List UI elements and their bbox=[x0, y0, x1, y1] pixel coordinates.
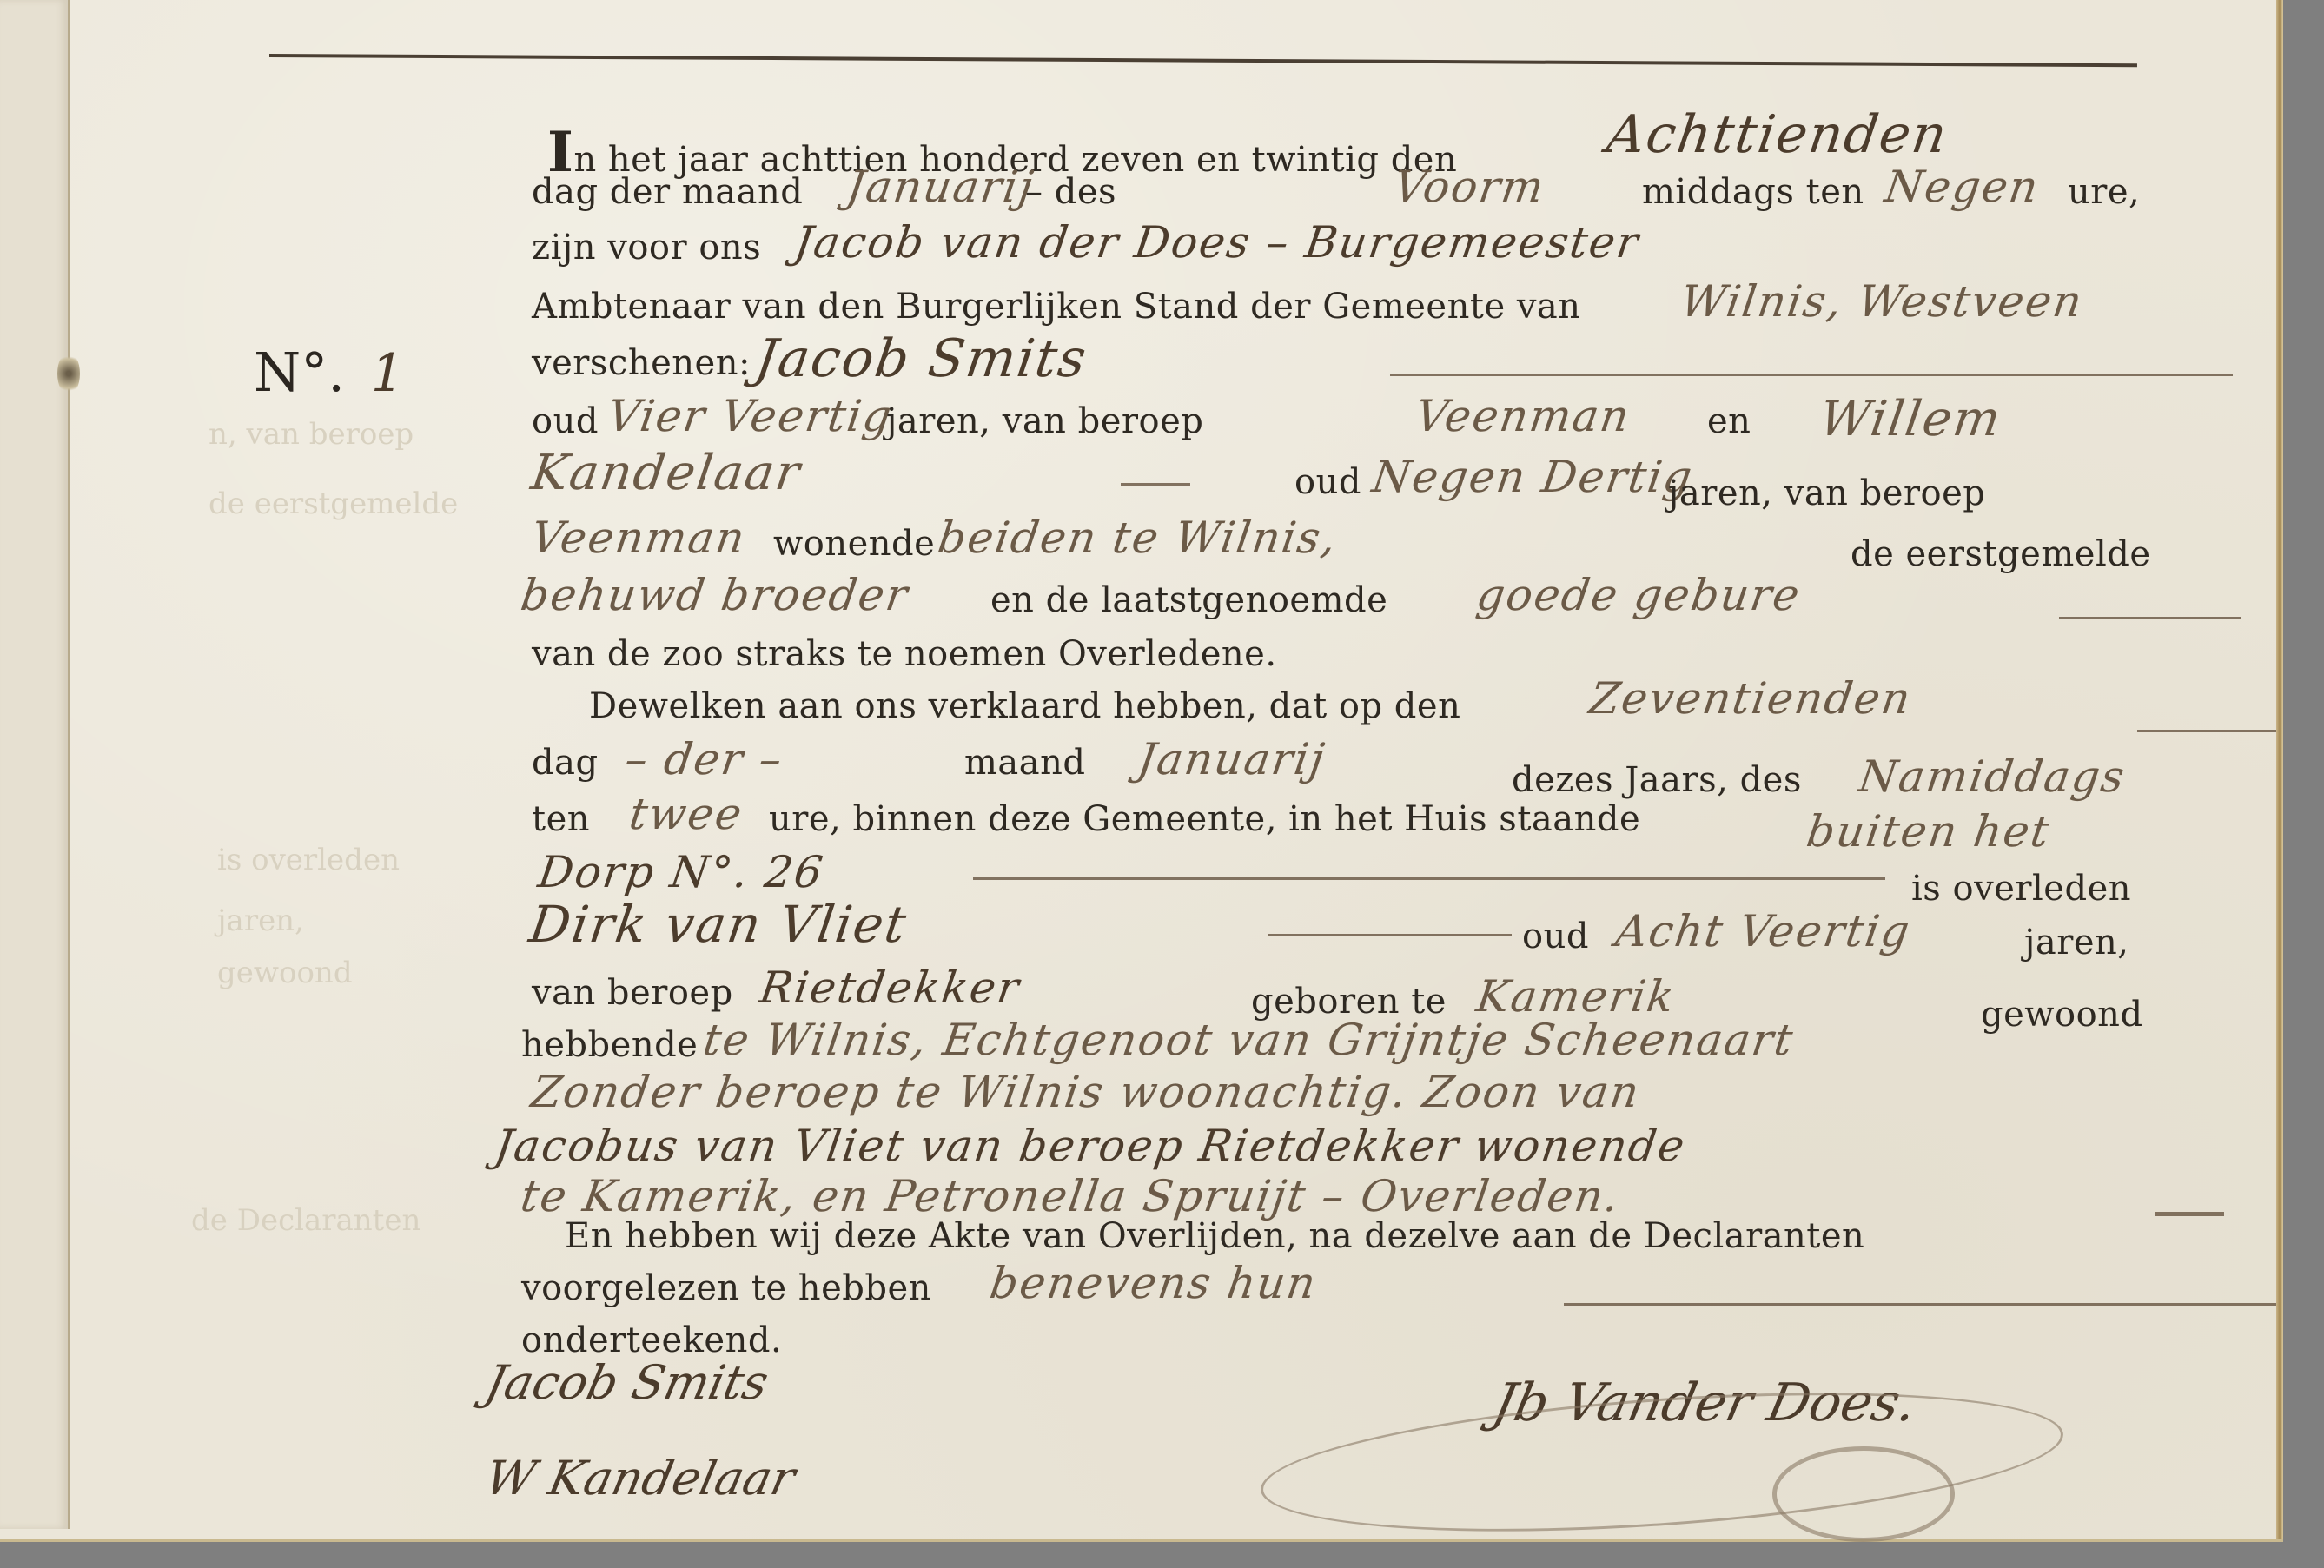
relation-2-hand: goede gebure bbox=[1473, 570, 1804, 620]
line-7-print-a: oud bbox=[1294, 462, 1361, 502]
spouse-details-hand: Zonder beroep te Wilnis woonachtig. Zoon… bbox=[528, 1067, 1644, 1117]
father-hand: Jacobus van Vliet van beroep Rietdekker … bbox=[492, 1121, 1689, 1171]
fill-line bbox=[1390, 374, 2233, 376]
bleed-through-text: gewoond bbox=[217, 956, 353, 990]
signature-flourish bbox=[1772, 1446, 1955, 1542]
fill-line bbox=[973, 877, 1885, 880]
line-16-print-a: van beroep bbox=[532, 973, 733, 1013]
line-2-print-c: middags ten bbox=[1642, 172, 1864, 212]
fill-line bbox=[2137, 730, 2276, 732]
fill-line bbox=[2059, 617, 2241, 619]
deceased-name-hand: Dirk van Vliet bbox=[526, 895, 911, 954]
certificate-page: n, van beroep de eerstgemelde is overled… bbox=[0, 0, 2283, 1542]
declarant-2-surname-hand: Kandelaar bbox=[527, 445, 804, 501]
line-16-print-c: gewoond bbox=[1981, 995, 2143, 1035]
declarant-1-occupation-hand: Veenman bbox=[1413, 391, 1633, 441]
spouse-hand: te Wilnis, Echtgenoot van Grijntje Schee… bbox=[700, 1015, 1798, 1065]
fill-line bbox=[1121, 483, 1190, 486]
declarant-2-occupation-hand: Veenman bbox=[528, 513, 749, 563]
line-5-print: verschenen: bbox=[532, 343, 751, 383]
line-8-print-b: de eerstgemelde bbox=[1851, 534, 2151, 574]
right-page-edge bbox=[2276, 0, 2283, 1539]
month-hand: Januarij bbox=[844, 162, 1038, 212]
signature-declarant-1: Jacob Smits bbox=[480, 1355, 773, 1410]
bleed-through-text: jaren, bbox=[217, 903, 304, 938]
line-12-print-a: dag bbox=[532, 743, 599, 783]
line-14-print: is overleden bbox=[1911, 869, 2131, 909]
co-signers-hand: benevens hun bbox=[987, 1258, 1321, 1308]
declarant-1-age-hand: Vier Veertig bbox=[605, 391, 896, 441]
line-6-print-a: oud bbox=[532, 401, 599, 441]
line-9-print-a: en de laatstgenoemde bbox=[990, 580, 1387, 620]
fill-line bbox=[1268, 934, 1512, 936]
mother-hand: te Kamerik, en Petronella Spruijt – Over… bbox=[518, 1171, 1624, 1221]
entry-number-value: 1 bbox=[371, 343, 406, 404]
official-name-hand: Jacob van der Does – Burgemeester bbox=[791, 217, 1643, 268]
fill-line bbox=[2155, 1212, 2224, 1216]
line-2-print-a: dag der maand bbox=[532, 172, 803, 212]
municipality-hand: Wilnis, Westveen bbox=[1678, 276, 2087, 327]
bleed-through-text: de Declaranten bbox=[191, 1203, 420, 1238]
top-rule bbox=[269, 54, 2137, 67]
relation-1-hand: behuwd broeder bbox=[518, 570, 912, 620]
date-day-hand: Achttienden bbox=[1603, 104, 1952, 165]
line-7-print-b: jaren, van beroep bbox=[1668, 473, 1985, 513]
bleed-through-text: is overleden bbox=[217, 843, 400, 877]
line-2-print-b: – des bbox=[1025, 172, 1116, 212]
binding-thread bbox=[57, 352, 80, 395]
declarant-1-hand: Jacob Smits bbox=[751, 328, 1091, 389]
line-3-print: zijn voor ons bbox=[532, 228, 761, 268]
deceased-age-hand: Acht Veertig bbox=[1612, 906, 1914, 956]
line-22-print: voorgelezen te hebben bbox=[521, 1268, 931, 1308]
line-12-hand-a: – der – bbox=[622, 734, 786, 784]
line-10-print: van de zoo straks te noemen Overledene. bbox=[532, 634, 1277, 674]
part-of-day-hand: Voorm bbox=[1391, 162, 1548, 212]
line-15-print: oud bbox=[1522, 916, 1589, 956]
hour-hand: Negen bbox=[1882, 162, 2043, 212]
death-part-of-day-hand: Namiddags bbox=[1856, 751, 2129, 802]
line-15-print-b: jaren, bbox=[2024, 923, 2129, 963]
house-location-hand: buiten het bbox=[1804, 806, 2054, 857]
residence-hand: beiden te Wilnis, bbox=[935, 513, 1341, 563]
signature-declarant-2: W Kandelaar bbox=[480, 1451, 799, 1505]
line-6-print-b: jaren, van beroep bbox=[886, 401, 1203, 441]
bleed-through-text: n, van beroep bbox=[209, 417, 414, 452]
deceased-occupation-hand: Rietdekker bbox=[757, 963, 1023, 1013]
left-page-edge bbox=[0, 0, 70, 1529]
line-11-print: Dewelken aan ons verklaard hebben, dat o… bbox=[589, 686, 1460, 726]
line-6-print-c: en bbox=[1707, 401, 1751, 441]
line-12-print-c: dezes Jaars, des bbox=[1512, 760, 1802, 800]
entry-number-label: N°. bbox=[254, 341, 345, 404]
line-12-print-b: maand bbox=[964, 743, 1086, 783]
declarant-2-age-hand: Negen Dertig bbox=[1369, 452, 1697, 502]
declarant-2-firstname-hand: Willem bbox=[1816, 391, 2005, 447]
fill-line bbox=[1564, 1303, 2276, 1306]
line-8-print-a: wonende bbox=[773, 524, 935, 564]
line-4-print: Ambtenaar van den Burgerlijken Stand der… bbox=[532, 287, 1581, 327]
death-day-hand: Zeventienden bbox=[1586, 673, 1915, 724]
death-hour-hand: twee bbox=[626, 789, 746, 839]
entry-number: N°. 1 bbox=[254, 341, 397, 404]
line-13-print-b: ure, binnen deze Gemeente, in het Huis s… bbox=[769, 799, 1640, 839]
house-number-hand: Dorp N°. 26 bbox=[535, 847, 827, 897]
line-21-print: En hebben wij deze Akte van Overlijden, … bbox=[565, 1216, 1864, 1256]
line-17-print: hebbende bbox=[521, 1025, 698, 1065]
signature-flourish bbox=[1256, 1371, 2068, 1553]
bleed-through-text: de eerstgemelde bbox=[209, 486, 458, 521]
death-month-hand: Januarij bbox=[1135, 734, 1329, 784]
line-13-print-a: ten bbox=[532, 799, 590, 839]
line-2-print-d: ure, bbox=[2068, 172, 2140, 212]
